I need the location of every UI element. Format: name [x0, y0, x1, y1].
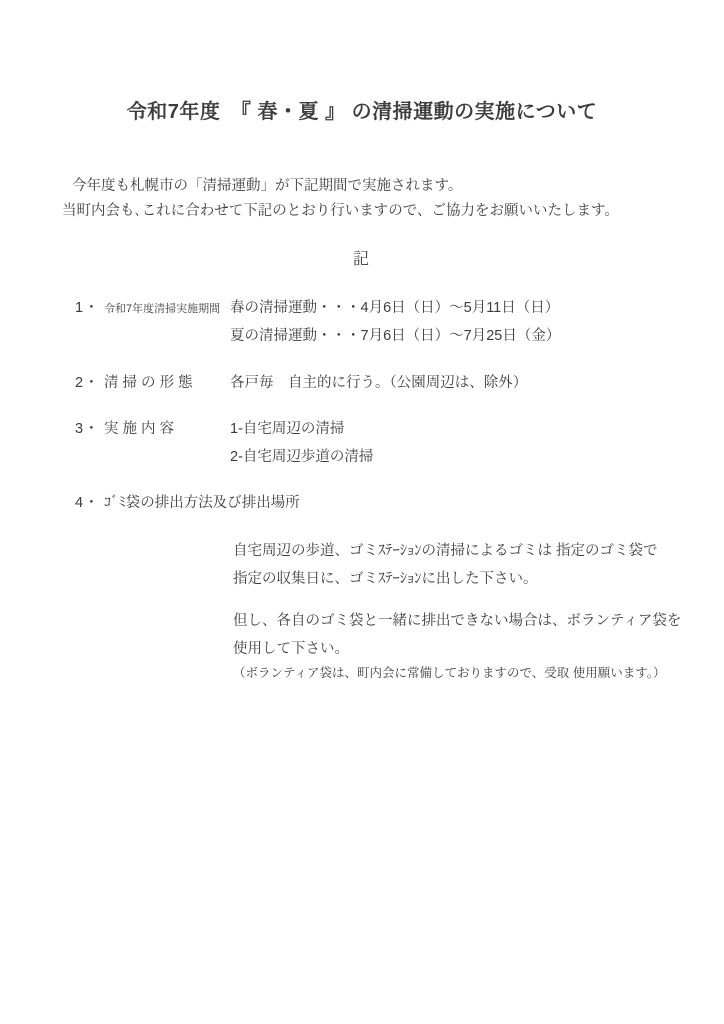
item-1-number: 1・	[75, 299, 100, 317]
volunteer-bag-instruction-line-2: 使用して下さい。	[233, 640, 349, 658]
intro-paragraph-line-1: 今年度も札幌市の「清掃運動」が下記期間で実施されます。	[72, 177, 462, 195]
item-1-label: 令和7年度清掃実施期間	[104, 303, 220, 317]
item-2-content-line-1: 各戸毎 自主的に行う。（公園周辺は、除外）	[230, 374, 527, 392]
item-1-content-line-1: 春の清掃運動・・・4月6日（日）～5月11日（日）	[230, 299, 559, 317]
item-3-label: 実 施 内 容	[104, 420, 174, 438]
record-heading: 記	[0, 250, 724, 270]
intro-paragraph-line-2: 当町内会も､これに合わせて下記のとおり行いますので、ご協力をお願いいたします。	[62, 202, 619, 220]
item-3-number: 3・	[75, 420, 100, 438]
item-4-label: ｺﾞﾐ袋の排出方法及び排出場所	[104, 494, 300, 512]
item-4-number: 4・	[75, 494, 100, 512]
item-3-content-line-1: 1-自宅周辺の清掃	[230, 420, 344, 438]
document-title: 令和7年度 『 春・夏 』 の清掃運動の実施について	[0, 100, 724, 125]
garbage-instruction-line-2: 指定の収集日に、ゴミｽﾃｰｼｮﾝに出した下さい。	[233, 570, 538, 588]
notice-document-page: 令和7年度 『 春・夏 』 の清掃運動の実施について 今年度も札幌市の「清掃運動…	[0, 0, 724, 1024]
item-3-content-line-2: 2-自宅周辺歩道の清掃	[230, 448, 373, 466]
garbage-instruction-line-1: 自宅周辺の歩道、ゴミｽﾃｰｼｮﾝの清掃によるゴミは 指定のゴミ袋で	[233, 542, 658, 560]
volunteer-bag-note: （ボランティア袋は、町内会に常備しておりますので、受取 使用願います。）	[233, 666, 665, 682]
volunteer-bag-instruction-line-1: 但し、各自のゴミ袋と一緒に排出できない場合は、ボランティア袋を	[233, 612, 681, 630]
item-2-number: 2・	[75, 374, 100, 392]
item-2-label: 清 掃 の 形 態	[104, 374, 193, 392]
item-1-content-line-2: 夏の清掃運動・・・7月6日（日）～7月25日（金）	[230, 327, 560, 345]
